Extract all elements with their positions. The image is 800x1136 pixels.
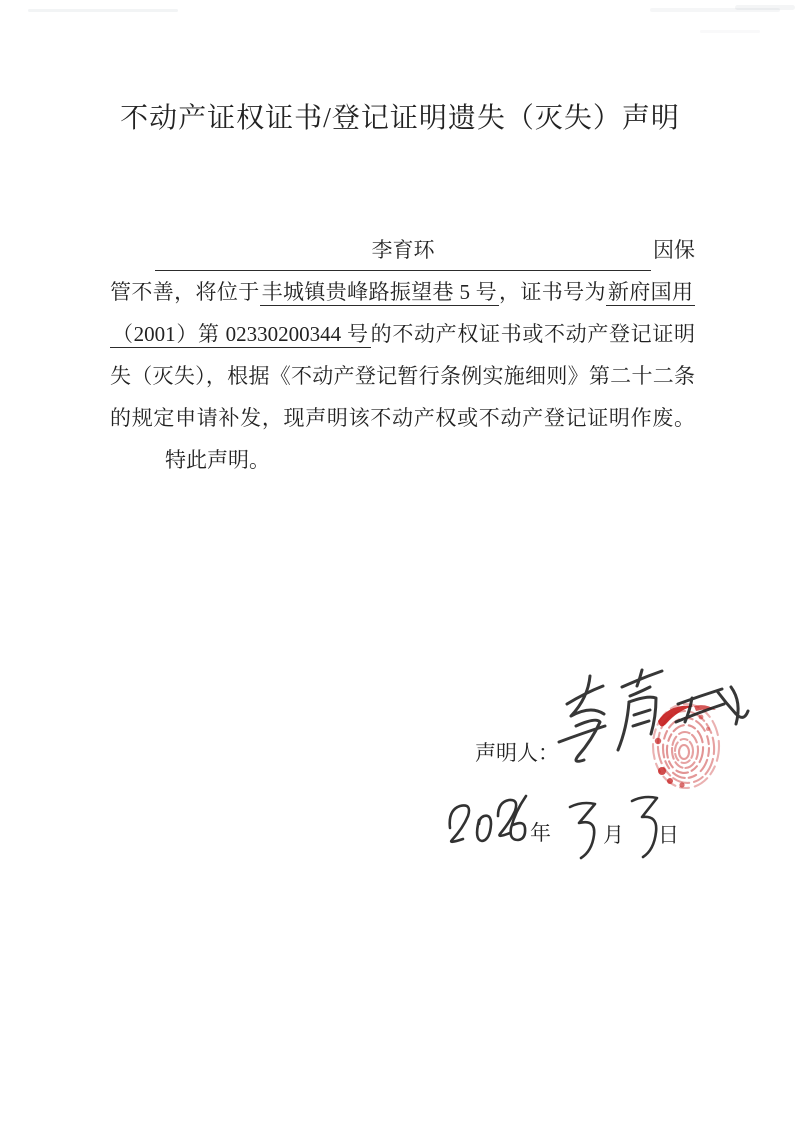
property-address-underlined: 丰城镇贵峰路振望巷 5 号	[260, 280, 499, 306]
body-line-5: 的规定申请补发，现声明该不动产权或不动产登记证明作废。	[110, 397, 695, 439]
line2-pre-text: 管不善，将位于	[110, 280, 260, 304]
declarant-name-blank: 李育环	[155, 230, 651, 271]
declaration-body: 李育环因保 管不善，将位于丰城镇贵峰路振望巷 5 号，证书号为新府国用 （200…	[110, 229, 695, 481]
closing-statement: 特此声明。	[110, 439, 695, 481]
certificate-prefix-underlined: 新府国用	[606, 280, 695, 306]
certificate-number-underlined: （2001）第 02330200344 号	[110, 322, 371, 348]
body-line-2: 管不善，将位于丰城镇贵峰路振望巷 5 号，证书号为新府国用	[110, 271, 695, 313]
scan-noise	[28, 9, 178, 12]
line2-mid-text: 证书号为	[520, 280, 605, 304]
signature-handwriting	[545, 660, 757, 774]
handwritten-year	[446, 792, 530, 856]
scanned-document-page: 不动产证权证书/登记证明遗失（灭失）声明 李育环因保 管不善，将位于丰城镇贵峰路…	[0, 0, 800, 1136]
scan-noise	[650, 8, 780, 12]
body-line-1: 李育环因保	[110, 229, 695, 271]
line2-comma: ，	[499, 280, 520, 304]
month-unit-label: 月	[603, 819, 624, 849]
body-line-3: （2001）第 02330200344 号的不动产权证书或不动产登记证明遗	[110, 313, 695, 355]
day-unit-label: 日	[658, 819, 679, 849]
line1-suffix-text: 因保	[653, 229, 695, 271]
handwritten-month	[566, 799, 602, 861]
document-title: 不动产证权证书/登记证明遗失（灭失）声明	[0, 96, 800, 136]
scan-noise	[735, 5, 795, 10]
scan-noise	[700, 30, 760, 33]
body-line-4: 失（灭失），根据《不动产登记暂行条例实施细则》第二十二条	[110, 355, 695, 397]
year-unit-label: 年	[530, 817, 551, 847]
